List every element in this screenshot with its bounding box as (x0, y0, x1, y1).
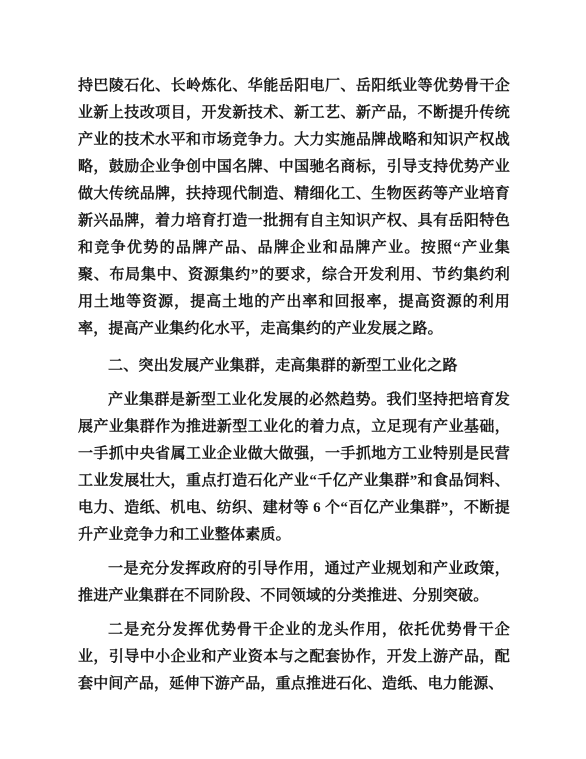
body-paragraph: 二是充分发挥优势骨干企业的龙头作用，依托优势骨干企业，引导中小企业和产业资本与之… (78, 617, 510, 698)
body-paragraph: 持巴陵石化、长岭炼化、华能岳阳电厂、岳阳纸业等优势骨干企业新上技改项目，开发新技… (78, 73, 510, 343)
text-block: 持巴陵石化、长岭炼化、华能岳阳电厂、岳阳纸业等优势骨干企业新上技改项目，开发新技… (78, 73, 510, 698)
document-page: 持巴陵石化、长岭炼化、华能岳阳电厂、岳阳纸业等优势骨干企业新上技改项目，开发新技… (0, 0, 586, 759)
body-paragraph: 产业集群是新型工业化发展的必然趋势。我们坚持把培育发展产业集群作为推进新型工业化… (78, 387, 510, 549)
section-heading: 二、突出发展产业集群，走高集群的新型工业化之路 (78, 353, 510, 380)
body-paragraph: 一是充分发挥政府的引导作用，通过产业规划和产业政策，推进产业集群在不同阶段、不同… (78, 556, 510, 610)
